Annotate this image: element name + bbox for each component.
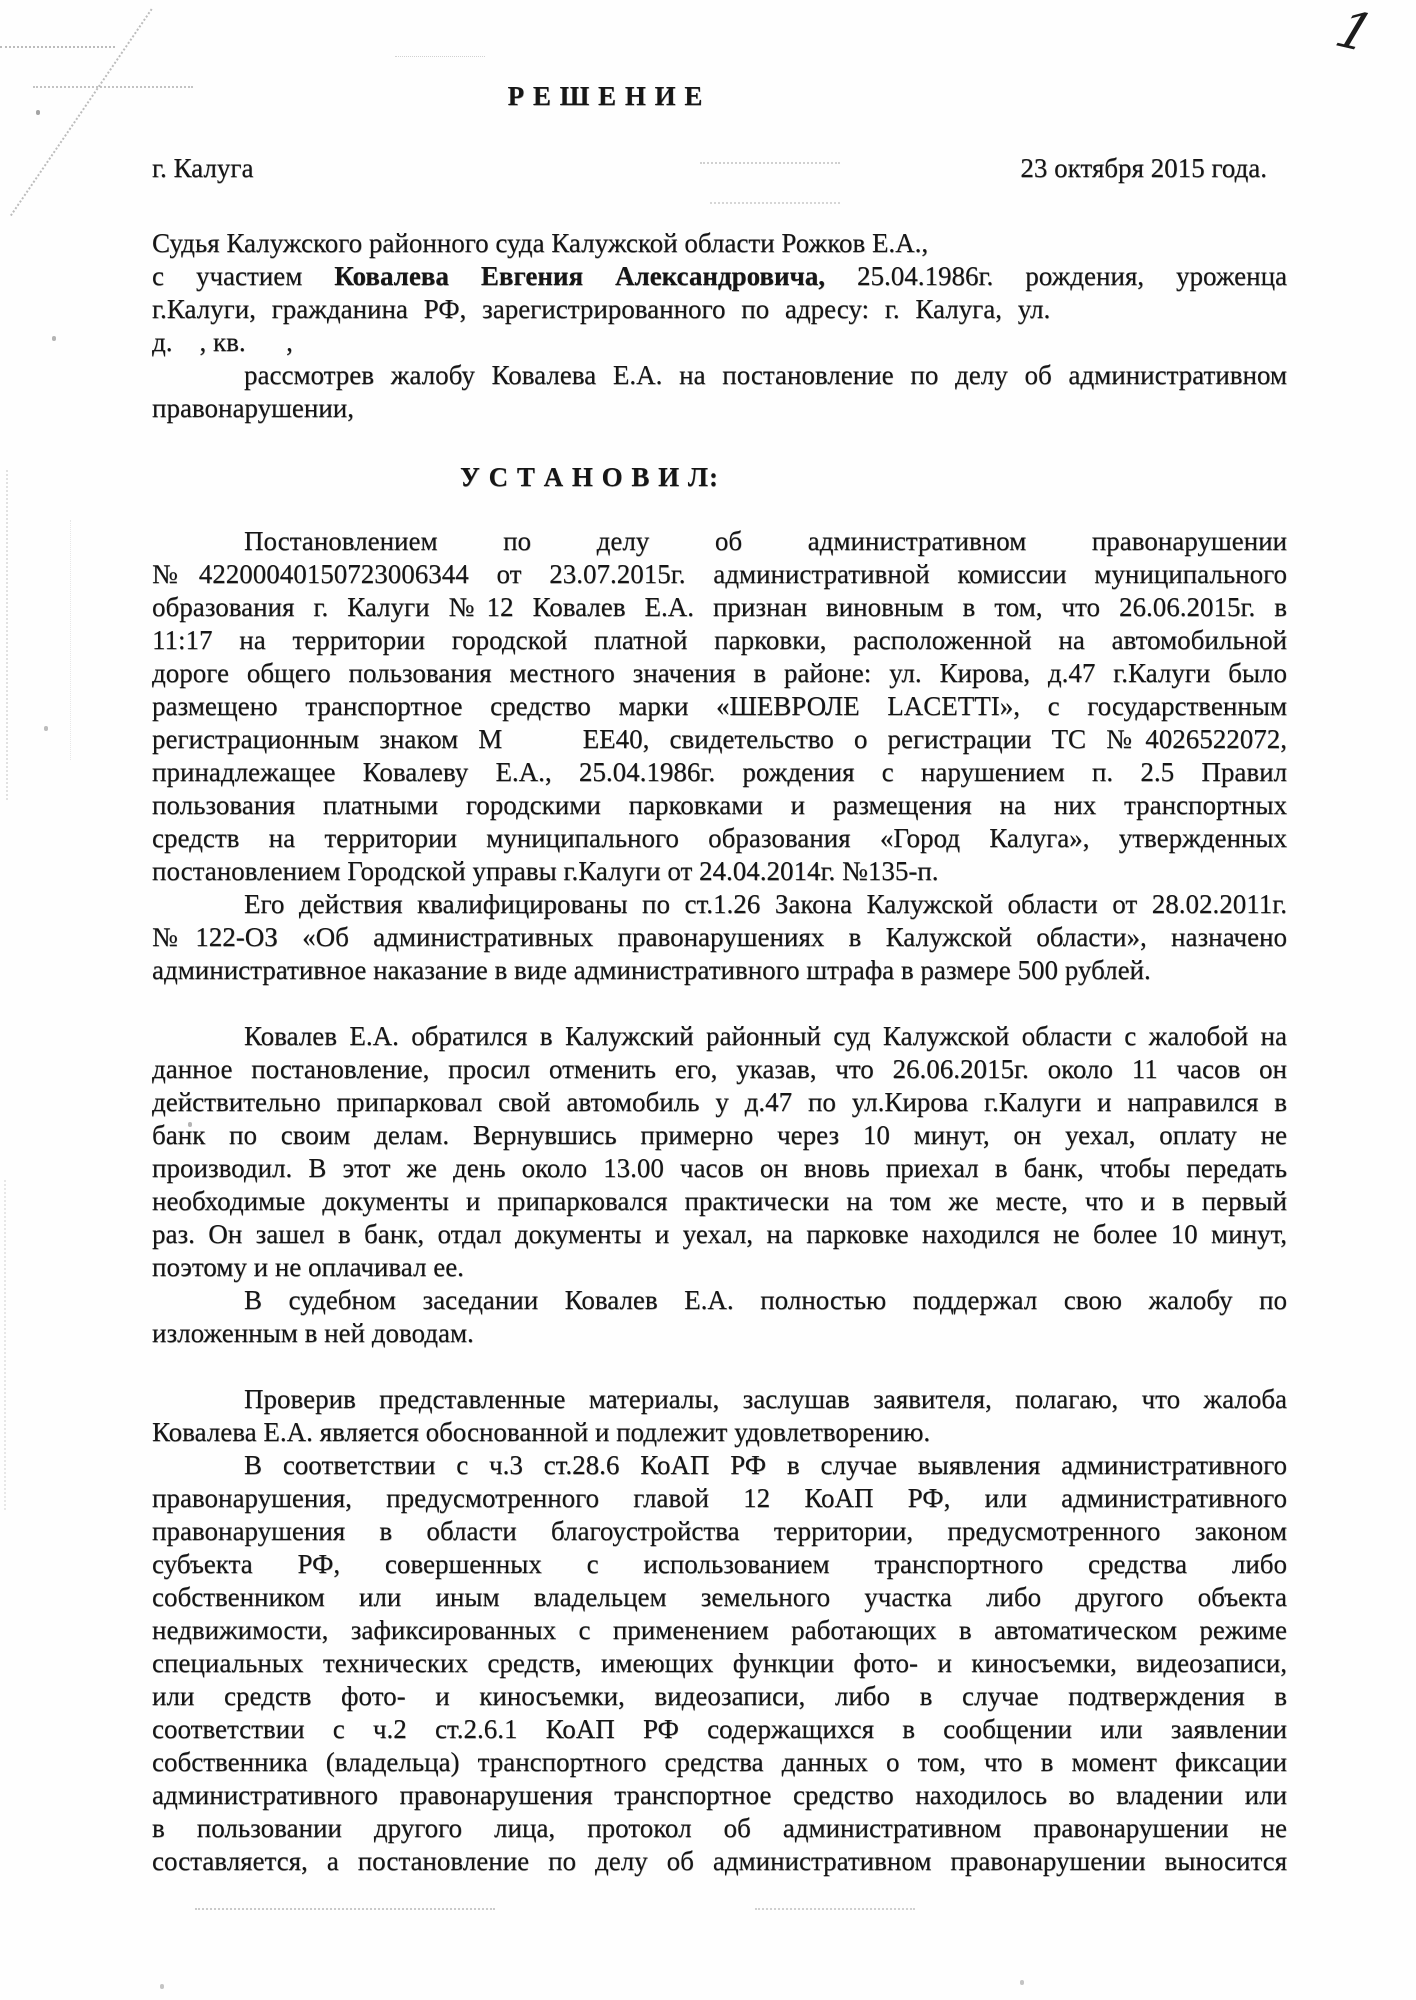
text-line: Судья Калужского районного суда Калужско… (152, 227, 1287, 260)
text-line: дороге общего пользования местного значе… (152, 657, 1287, 690)
scan-speck (52, 336, 56, 341)
text-segment: поэтому и не оплачивал ее. (152, 1252, 464, 1282)
scan-noise-line (0, 46, 115, 48)
text-segment: производил. В этот же день около 13.00 ч… (152, 1153, 1287, 1183)
text-segment: принадлежащее Ковалеву Е.А., 25.04.1986г… (152, 757, 1287, 787)
text-segment: 25.04.1986г. рождения, уроженца (825, 261, 1287, 291)
scanned-document-page: 1 Р Е Ш Е Н И Е г. Калуга 23 октября 201… (0, 0, 1416, 2000)
text-line: Ковалева Е.А. является обоснованной и по… (152, 1416, 1287, 1449)
text-segment: постановлением Городской управы г.Калуги… (152, 856, 939, 886)
text-line: административного правонарушения транспо… (152, 1779, 1287, 1812)
place-date-row: г. Калуга 23 октября 2015 года. (152, 152, 1287, 185)
scan-noise-line (4, 1180, 6, 1510)
text-segment: правонарушении, (152, 393, 354, 423)
text-segment: недвижимости, зафиксированных с применен… (152, 1615, 1287, 1645)
text-segment: действительно припарковал свой автомобил… (152, 1087, 1287, 1117)
text-segment: собственником или иным владельцем земель… (152, 1582, 1287, 1612)
text-segment: Ковалева Е.А. является обоснованной и по… (152, 1417, 930, 1447)
text-line: рассмотрев жалобу Ковалева Е.А. на поста… (152, 359, 1287, 392)
text-line: д. , кв. , (152, 326, 1287, 359)
text-line: размещено транспортное средство марки «Ш… (152, 690, 1287, 723)
handwritten-page-number: 1 (1329, 4, 1379, 61)
text-segment: собственника (владельца) транспортного с… (152, 1747, 1287, 1777)
text-segment: Ковалев Е.А. обратился в Калужский район… (244, 1021, 1287, 1051)
text-line: производил. В этот же день около 13.00 ч… (152, 1152, 1287, 1185)
text-segment: г.Калуги, гражданина РФ, зарегистрирован… (152, 294, 1050, 324)
text-line: необходимые документы и припарковался пр… (152, 1185, 1287, 1218)
text-segment: банк по своим делам. Вернувшись примерно… (152, 1120, 1287, 1150)
text-line: соответствии с ч.2 ст.2.6.1 КоАП РФ соде… (152, 1713, 1287, 1746)
text-segment: субъекта РФ, совершенных с использование… (152, 1549, 1287, 1579)
text-line: с участием Ковалева Евгения Александрови… (152, 260, 1287, 293)
text-segment: рассмотрев жалобу Ковалева Е.А. на поста… (244, 360, 1287, 390)
text-line: регистрационным знаком М ЕЕ40, свидетель… (152, 723, 1287, 756)
text-line: Постановлением по делу об административн… (152, 525, 1287, 558)
text-segment: специальных технических средств, имеющих… (152, 1648, 1287, 1678)
text-segment: Постановлением по делу об административн… (244, 526, 1287, 556)
scan-speck (1020, 1980, 1024, 1985)
text-line: средств на территории муниципального обр… (152, 822, 1287, 855)
text-line: Проверив представленные материалы, заслу… (152, 1383, 1287, 1416)
paragraph-gap (152, 987, 1287, 1020)
text-line: раз. Он зашел в банк, отдал документы и … (152, 1218, 1287, 1251)
text-line: или средств фото- и киносъемки, видеозап… (152, 1680, 1287, 1713)
text-segment: д. , кв. , (152, 327, 293, 357)
text-segment: №42200040150723006344 от 23.07.2015г. ад… (152, 559, 1287, 589)
scan-noise-line (6, 470, 8, 800)
text-segment: регистрационным знаком М ЕЕ40, свидетель… (152, 724, 1287, 754)
text-line: г.Калуги, гражданина РФ, зарегистрирован… (152, 293, 1287, 326)
scan-noise-line (195, 1908, 495, 1910)
text-segment: с участием (152, 261, 334, 291)
document-body: Постановлением по делу об административн… (152, 525, 1287, 1878)
text-segment: правонарушения, предусмотренного главой … (152, 1483, 1287, 1513)
scan-speck (160, 1984, 164, 1989)
document-date: 23 октября 2015 года. (1020, 152, 1267, 185)
text-line: собственником или иным владельцем земель… (152, 1581, 1287, 1614)
text-segment: В судебном заседании Ковалев Е.А. полнос… (244, 1285, 1287, 1315)
text-segment: раз. Он зашел в банк, отдал документы и … (152, 1219, 1287, 1249)
scan-speck (44, 726, 48, 731)
text-line: правонарушения, предусмотренного главой … (152, 1482, 1287, 1515)
text-segment: Судья Калужского районного суда Калужско… (152, 228, 928, 258)
text-segment: дороге общего пользования местного значе… (152, 658, 1287, 688)
scan-noise-line (395, 56, 485, 57)
text-line: поэтому и не оплачивал ее. (152, 1251, 1287, 1284)
text-segment: размещено транспортное средство марки «Ш… (152, 691, 1287, 721)
text-line: принадлежащее Ковалеву Е.А., 25.04.1986г… (152, 756, 1287, 789)
text-line: Ковалев Е.А. обратился в Калужский район… (152, 1020, 1287, 1053)
text-line: №122-ОЗ «Об административных правонаруше… (152, 921, 1287, 954)
text-line: в пользовании другого лица, протокол об … (152, 1812, 1287, 1845)
text-segment: В соответствии с ч.3 ст.28.6 КоАП РФ в с… (244, 1450, 1287, 1480)
text-segment: данное постановление, просил отменить ег… (152, 1054, 1287, 1084)
text-segment: административное наказание в виде админи… (152, 955, 1151, 985)
text-segment: административного правонарушения транспо… (152, 1780, 1287, 1810)
text-segment: средств на территории муниципального обр… (152, 823, 1287, 853)
text-segment: составляется, а постановление по делу об… (152, 1846, 1287, 1876)
text-line: изложенным в ней доводам. (152, 1317, 1287, 1350)
text-segment: соответствии с ч.2 ст.2.6.1 КоАП РФ соде… (152, 1714, 1287, 1744)
scan-noise-line (70, 520, 71, 760)
text-line: субъекта РФ, совершенных с использование… (152, 1548, 1287, 1581)
text-line: банк по своим делам. Вернувшись примерно… (152, 1119, 1287, 1152)
text-line: постановлением Городской управы г.Калуги… (152, 855, 1287, 888)
text-segment: или средств фото- и киносъемки, видеозап… (152, 1681, 1287, 1711)
text-line: В судебном заседании Ковалев Е.А. полнос… (152, 1284, 1287, 1317)
text-line: недвижимости, зафиксированных с применен… (152, 1614, 1287, 1647)
paragraph-gap (152, 1350, 1287, 1383)
preamble: Судья Калужского районного суда Калужско… (152, 227, 1287, 425)
text-line: №42200040150723006344 от 23.07.2015г. ад… (152, 558, 1287, 591)
text-line: правонарушении, (152, 392, 1287, 425)
text-line: составляется, а постановление по делу об… (152, 1845, 1287, 1878)
document-title: Р Е Ш Е Н И Е (38, 78, 1173, 114)
text-segment: изложенным в ней доводам. (152, 1318, 474, 1348)
document-text: Р Е Ш Е Н И Е г. Калуга 23 октября 2015 … (152, 78, 1287, 1878)
section-heading: У С Т А Н О В И Л: (22, 459, 1157, 495)
text-segment: необходимые документы и припарковался пр… (152, 1186, 1287, 1216)
text-line: В соответствии с ч.3 ст.28.6 КоАП РФ в с… (152, 1449, 1287, 1482)
text-line: специальных технических средств, имеющих… (152, 1647, 1287, 1680)
text-segment: Его действия квалифицированы по ст.1.26 … (244, 889, 1287, 919)
scan-noise-line (755, 1908, 915, 1910)
emphasized-text: Ковалева Евгения Александровича, (334, 261, 825, 291)
text-line: собственника (владельца) транспортного с… (152, 1746, 1287, 1779)
text-line: Его действия квалифицированы по ст.1.26 … (152, 888, 1287, 921)
text-line: образования г. Калуги №12 Ковалев Е.А. п… (152, 591, 1287, 624)
text-line: данное постановление, просил отменить ег… (152, 1053, 1287, 1086)
text-line: правонарушения в области благоустройства… (152, 1515, 1287, 1548)
text-line: пользования платными городскими парковка… (152, 789, 1287, 822)
text-segment: правонарушения в области благоустройства… (152, 1516, 1287, 1546)
text-segment: образования г. Калуги №12 Ковалев Е.А. п… (152, 592, 1287, 622)
text-segment: №122-ОЗ «Об административных правонаруше… (152, 922, 1287, 952)
text-segment: Проверив представленные материалы, заслу… (244, 1384, 1287, 1414)
text-line: действительно припарковал свой автомобил… (152, 1086, 1287, 1119)
document-place: г. Калуга (152, 152, 253, 185)
text-segment: в пользовании другого лица, протокол об … (152, 1813, 1287, 1843)
text-line: 11:17 на территории городской платной па… (152, 624, 1287, 657)
text-segment: 11:17 на территории городской платной па… (152, 625, 1287, 655)
text-line: административное наказание в виде админи… (152, 954, 1287, 987)
text-segment: пользования платными городскими парковка… (152, 790, 1287, 820)
